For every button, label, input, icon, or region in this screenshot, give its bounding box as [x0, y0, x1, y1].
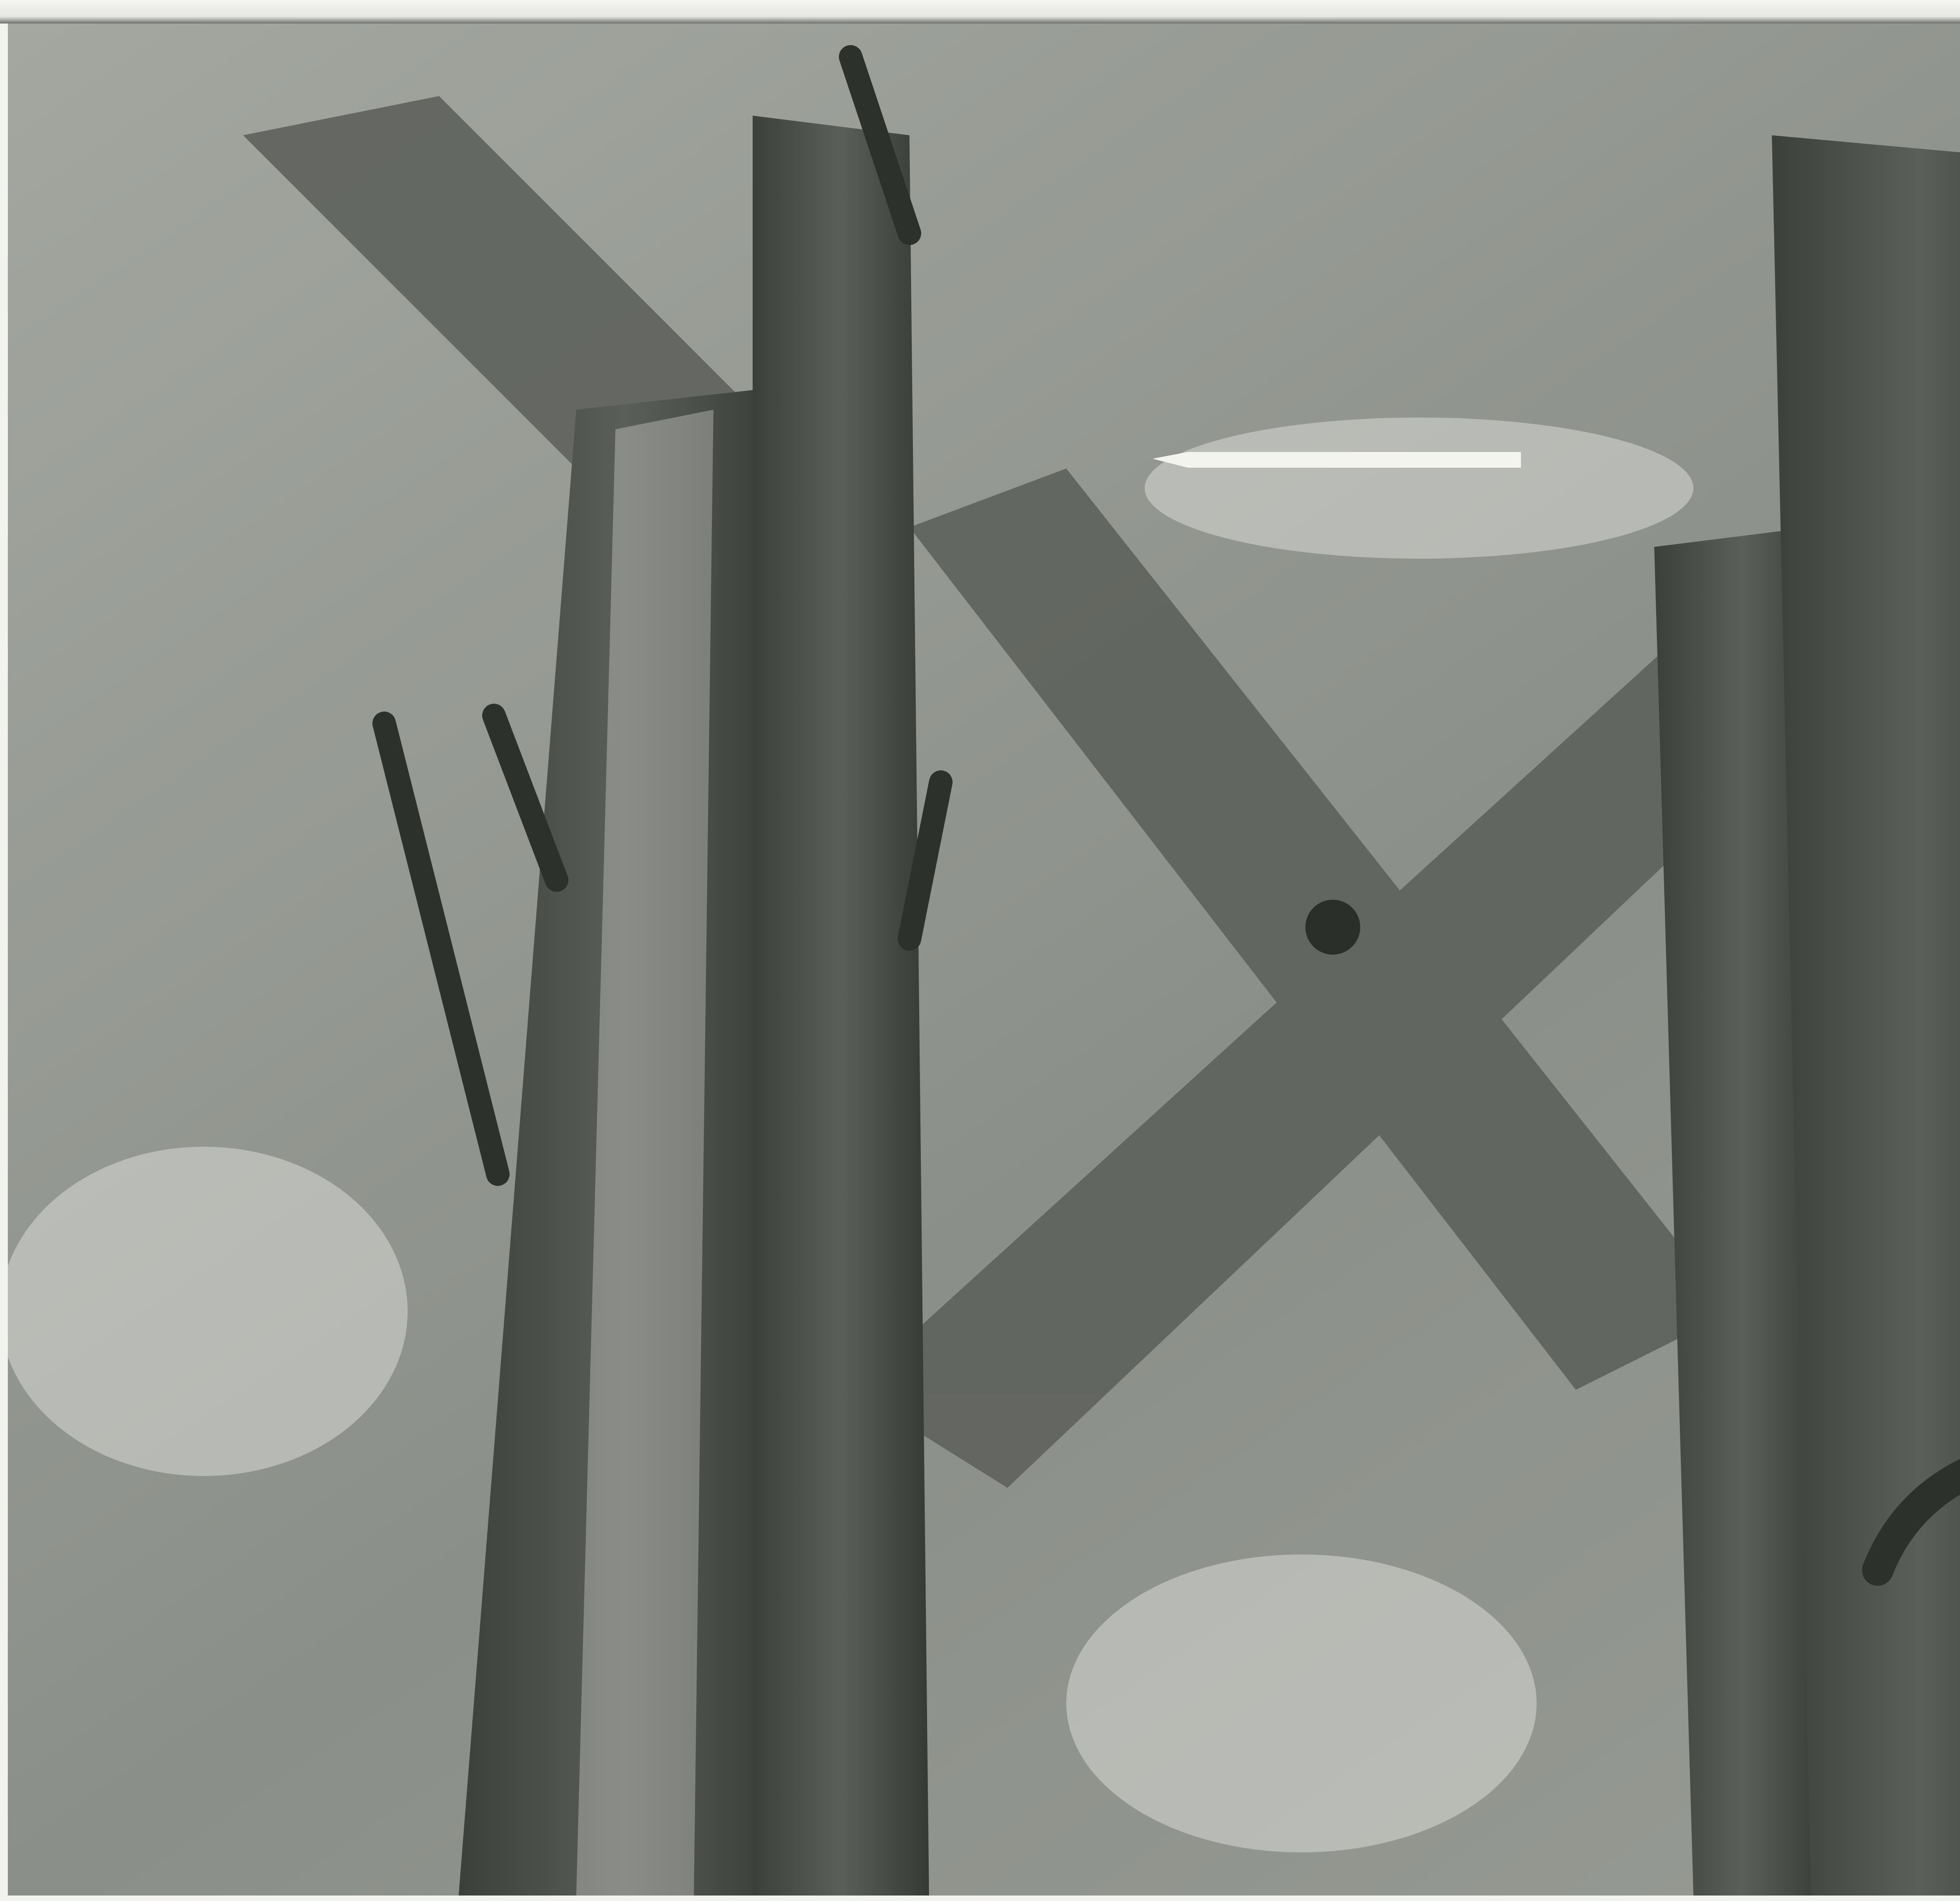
bolt — [1305, 900, 1360, 955]
photo-illustration — [8, 18, 1960, 1896]
photo-border-top — [0, 0, 1960, 24]
photograph — [8, 18, 1960, 1896]
pencil — [1152, 452, 1521, 468]
